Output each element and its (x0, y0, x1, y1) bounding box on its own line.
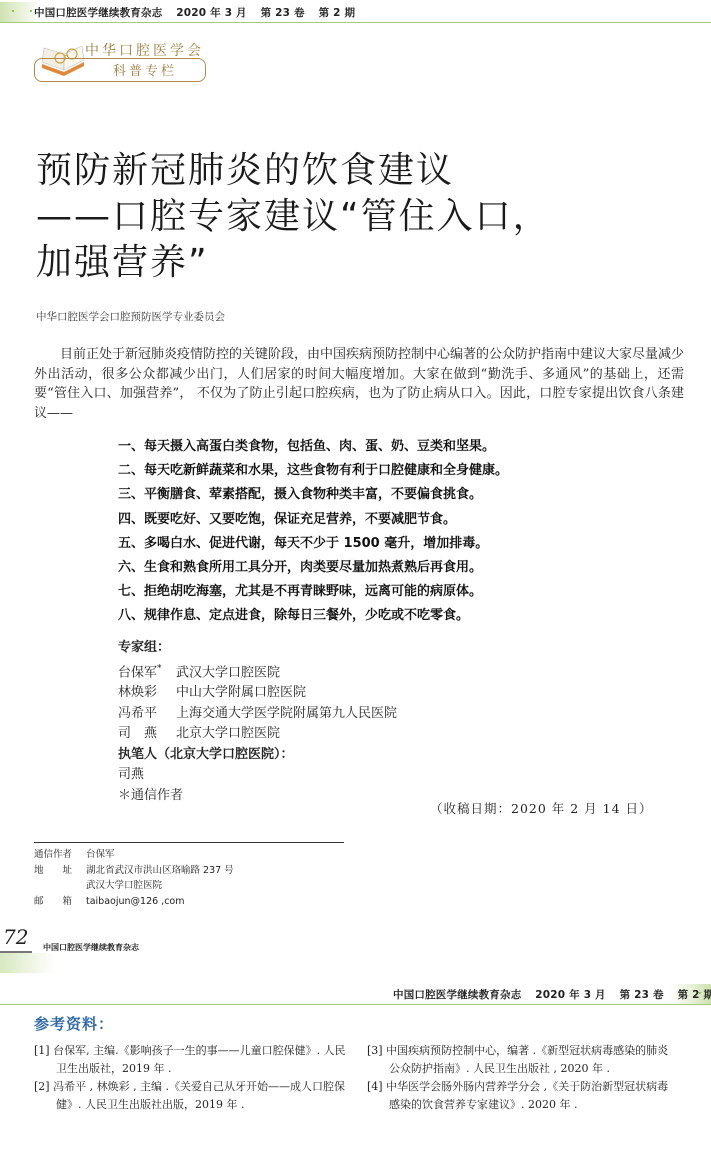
contact-row: 通信作者台保军 (34, 847, 234, 863)
reference-item: [4] 中华医学会肠外肠内营养学分会 ,《关于防治新型冠状病毒感染的饮食营养专家… (367, 1078, 679, 1114)
expert-name: 冯希平 (118, 704, 176, 725)
contact-row: 地 址湖北省武汉市洪山区珞喻路 237 号 (34, 863, 234, 879)
journal-name: 中国口腔医学继续教育杂志 (393, 989, 521, 1001)
contact-label: 地 址 (34, 863, 86, 879)
running-header-page2: 中国口腔医学继续教育杂志 2020 年 3 月 第 23 卷 第 2 期 (0, 984, 711, 1005)
expert-name: 林焕彩 (118, 683, 176, 704)
expert-affiliation: 中山大学附属口腔医院 (176, 685, 306, 700)
contact-label: 通信作者 (34, 847, 86, 863)
issue-date: 2020 年 3 月 (535, 989, 606, 1001)
contact-label: 邮 箱 (34, 894, 86, 910)
received-date: （收稿日期：2020 年 2 月 14 日） (430, 799, 653, 817)
tip-item: 一、每天摄入高蛋白类食物，包括鱼、肉、蛋、奶、豆类和坚果。 (118, 435, 508, 459)
tip-item: 八、规律作息、定点进食，除每日三餐外，少吃或不吃零食。 (118, 604, 508, 628)
article-title: 预防新冠肺炎的饮食建议 ——口腔专家建议“管住入口， 加强营养” (36, 148, 676, 286)
volume: 第 23 卷 (261, 7, 305, 19)
issue-date: 2020 年 3 月 (176, 7, 247, 19)
title-line-2: ——口腔专家建议“管住入口， (36, 194, 676, 240)
logo-society: 中华口腔医学会 (85, 40, 204, 60)
page-number-rule (0, 951, 32, 953)
page-number: 72 (3, 925, 28, 949)
contact-value: 武汉大学口腔医院 (86, 880, 162, 891)
intro-text: 目前正处于新冠肺炎疫情防控的关键阶段，由中国疾病预防控制中心编著的公众防护指南中… (34, 345, 684, 423)
expert-row: 司 燕北京大学口腔医院 (118, 724, 397, 745)
journal-name: 中国口腔医学继续教育杂志 (34, 7, 162, 19)
column-logo: 中华口腔医学会 科普专栏 (30, 38, 210, 82)
contact-row: 邮 箱taibaojun@126 ,com (34, 894, 234, 910)
contact-info: 通信作者台保军 地 址湖北省武汉市洪山区珞喻路 237 号 武汉大学口腔医院 邮… (34, 847, 234, 909)
writer-heading: 执笔人（北京大学口腔医院）： (118, 745, 397, 766)
references-column-left: [1] 台保军, 主编.《影响孩子一生的事——儿童口腔保健》. 人民卫生出版社，… (34, 1042, 346, 1114)
contact-row: 武汉大学口腔医院 (34, 878, 234, 894)
expert-group: 专家组： 台保军*武汉大学口腔医院 林焕彩中山大学附属口腔医院 冯希平上海交通大… (118, 638, 397, 806)
contact-value: 台保军 (86, 849, 115, 860)
author-organization: 中华口腔医学会口腔预防医学专业委员会 (36, 309, 225, 324)
contact-value: 湖北省武汉市洪山区珞喻路 237 号 (86, 865, 234, 876)
volume: 第 23 卷 (620, 989, 664, 1001)
footer-gradient (0, 953, 55, 973)
expert-group-heading: 专家组： (118, 638, 397, 659)
issue: 第 2 期 (678, 989, 711, 1001)
expert-row: 林焕彩中山大学附属口腔医院 (118, 683, 397, 704)
tip-item: 四、既要吃好、又要吃饱，保证充足营养，不要减肥节食。 (118, 508, 508, 532)
expert-affiliation: 北京大学口腔医院 (176, 726, 280, 741)
tip-item: 三、平衡膳食、荤素搭配，摄入食物种类丰富，不要偏食挑食。 (118, 483, 508, 507)
decor-dot (30, 10, 32, 12)
title-line-1: 预防新冠肺炎的饮食建议 (36, 148, 676, 194)
tip-item: 五、多喝白水、促进代谢，每天不少于 1500 毫升，增加排毒。 (118, 532, 508, 556)
header-text: 中国口腔医学继续教育杂志 2020 年 3 月 第 23 卷 第 2 期 (34, 5, 365, 20)
reference-item: [3] 中国疾病预防控制中心，编著 .《新型冠状病毒感染的肺炎公众防护指南》. … (367, 1042, 679, 1078)
expert-name-text: 台保军 (118, 665, 157, 680)
corresponding-note: ＊通信作者 (118, 786, 397, 807)
expert-row: 台保军*武汉大学口腔医院 (118, 659, 397, 684)
expert-row: 冯希平上海交通大学医学院附属第九人民医院 (118, 704, 397, 725)
corresponding-mark: * (157, 664, 162, 674)
writer-name: 司燕 (118, 765, 397, 786)
reference-item: [1] 台保军, 主编.《影响孩子一生的事——儿童口腔保健》. 人民卫生出版社，… (34, 1042, 346, 1078)
tip-item: 二、每天吃新鲜蔬菜和水果，这些食物有利于口腔健康和全身健康。 (118, 459, 508, 483)
reference-item: [2] 冯希平 , 林焕彩 , 主编 .《关爱自己从牙开始——成人口腔保健》. … (34, 1078, 346, 1114)
references-heading: 参考资料： (34, 1013, 114, 1034)
header-text: 中国口腔医学继续教育杂志 2020 年 3 月 第 23 卷 第 2 期 (393, 987, 711, 1002)
issue: 第 2 期 (319, 7, 356, 19)
expert-name: 司 燕 (118, 724, 176, 745)
decor-dot (12, 10, 14, 12)
diet-tips-list: 一、每天摄入高蛋白类食物，包括鱼、肉、蛋、奶、豆类和坚果。 二、每天吃新鲜蔬菜和… (118, 435, 508, 629)
contact-email[interactable]: taibaojun@126 ,com (86, 896, 185, 907)
title-line-3: 加强营养” (36, 240, 676, 286)
tip-item: 六、生食和熟食所用工具分开，肉类要尽量加热煮熟后再食用。 (118, 556, 508, 580)
expert-name: 台保军* (118, 659, 176, 684)
expert-affiliation: 上海交通大学医学院附属第九人民医院 (176, 706, 397, 721)
logo-column: 科普专栏 (113, 60, 177, 79)
tip-item: 七、拒绝胡吃海塞，尤其是不再青睐野味，远离可能的病原体。 (118, 580, 508, 604)
expert-affiliation: 武汉大学口腔医院 (176, 665, 280, 680)
footnote-divider (34, 842, 344, 843)
references-column-right: [3] 中国疾病预防控制中心，编著 .《新型冠状病毒感染的肺炎公众防护指南》. … (367, 1042, 679, 1114)
intro-paragraph: 目前正处于新冠肺炎疫情防控的关键阶段，由中国疾病预防控制中心编著的公众防护指南中… (34, 345, 684, 423)
running-header-page1: 中国口腔医学继续教育杂志 2020 年 3 月 第 23 卷 第 2 期 (0, 2, 711, 23)
footer-journal-name: 中国口腔医学继续教育杂志 (43, 942, 139, 953)
